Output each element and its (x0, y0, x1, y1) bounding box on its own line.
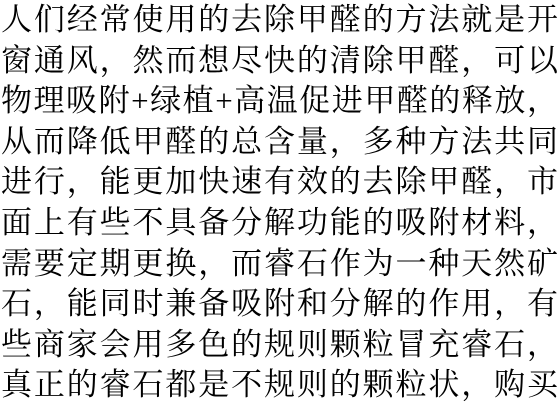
text-line: 需要定期更换，而睿石作为一种天然矿 (0, 244, 559, 285)
text-line: 些商家会用多色的规则颗粒冒充睿石， (0, 325, 559, 366)
text-line: 物理吸附+绿植+高温促进甲醛的释放， (0, 81, 559, 122)
document-page: 人们经常使用的去除甲醛的方法就是开 窗通风，然而想尽快的清除甲醛，可以 物理吸附… (0, 0, 559, 406)
text-line: 从而降低甲醛的总含量，多种方法共同 (0, 122, 559, 163)
text-line: 石，能同时兼备吸附和分解的作用，有 (0, 284, 559, 325)
text-line: 真正的睿石都是不规则的颗粒状，购买 (0, 365, 559, 406)
text-line: 进行，能更加快速有效的去除甲醛，市 (0, 162, 559, 203)
text-line: 窗通风，然而想尽快的清除甲醛，可以 (0, 41, 559, 82)
text-line: 面上有些不具备分解功能的吸附材料， (0, 203, 559, 244)
text-line: 人们经常使用的去除甲醛的方法就是开 (0, 0, 559, 41)
article-text: 人们经常使用的去除甲醛的方法就是开 窗通风，然而想尽快的清除甲醛，可以 物理吸附… (0, 0, 559, 406)
